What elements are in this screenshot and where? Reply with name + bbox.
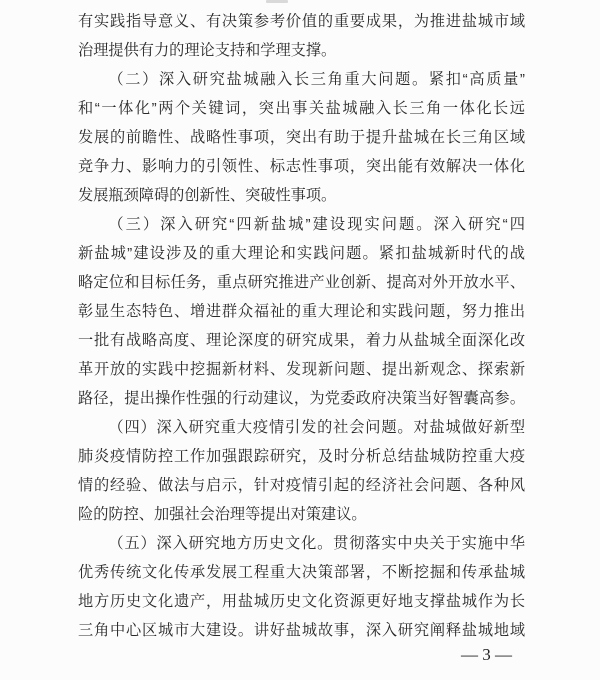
text-line: 发展瓶颈障碍的创新性、突破性事项。 xyxy=(78,181,525,210)
text-line: 和“一体化”两个关键词，突出事关盐城融入长三角一体化长远 xyxy=(78,94,525,123)
text-block: 有实践指导意义、有决策参考价值的重要成果，为推进盐城市域治理提供有力的理论支持和… xyxy=(78,7,525,645)
text-line: 地方历史文化遗产，用盐城历史文化资源更好地支撑盐城作为长 xyxy=(78,587,525,616)
text-line: 新盐城”建设涉及的重大理论和实践问题。紧扣盐城新时代的战 xyxy=(78,239,525,268)
text-line: 路径，提出操作性强的行动建议，为党委政府决策当好智囊高参。 xyxy=(78,384,525,413)
text-line: 革开放的实践中挖掘新材料、发现新问题、提出新观念、探索新 xyxy=(78,355,525,384)
text-line: 情的经验、做法与启示，针对疫情引起的经济社会问题、各种风 xyxy=(78,471,525,500)
text-line: 竞争力、影响力的引领性、标志性事项，突出能有效解决一体化 xyxy=(78,152,525,181)
text-line: （二）深入研究盐城融入长三角重大问题。紧扣“高质量” xyxy=(78,65,525,94)
text-line: 发展的前瞻性、战略性事项，突出有助于提升盐城在长三角区域 xyxy=(78,123,525,152)
text-line: 治理提供有力的理论支持和学理支撑。 xyxy=(78,36,525,65)
page-number: — 3 — xyxy=(461,643,512,667)
text-line: 肺炎疫情防控工作加强跟踪研究，及时分析总结盐城防控重大疫 xyxy=(78,442,525,471)
text-line: （三）深入研究“四新盐城”建设现实问题。深入研究“四 xyxy=(78,210,525,239)
text-line: 优秀传统文化传承发展工程重大决策部署，不断挖掘和传承盐城 xyxy=(78,558,525,587)
text-line: 略定位和目标任务，重点研究推进产业创新、提高对外开放水平、 xyxy=(78,268,525,297)
scan-artifact xyxy=(266,0,288,3)
text-line: 有实践指导意义、有决策参考价值的重要成果，为推进盐城市域 xyxy=(78,7,525,36)
text-line: （五）深入研究地方历史文化。贯彻落实中央关于实施中华 xyxy=(78,529,525,558)
text-line: 三角中心区城市大建设。讲好盐城故事，深入研究阐释盐城地域 xyxy=(78,616,525,645)
text-line: 彰显生态特色、增进群众福祉的重大理论和实践问题，努力推出 xyxy=(78,297,525,326)
text-line: （四）深入研究重大疫情引发的社会问题。对盐城做好新型 xyxy=(78,413,525,442)
text-line: 险的防控、加强社会治理等提出对策建议。 xyxy=(78,500,525,529)
text-line: 一批有战略高度、理论深度的研究成果，着力从盐城全面深化改 xyxy=(78,326,525,355)
document-page: 有实践指导意义、有决策参考价值的重要成果，为推进盐城市域治理提供有力的理论支持和… xyxy=(0,0,600,680)
